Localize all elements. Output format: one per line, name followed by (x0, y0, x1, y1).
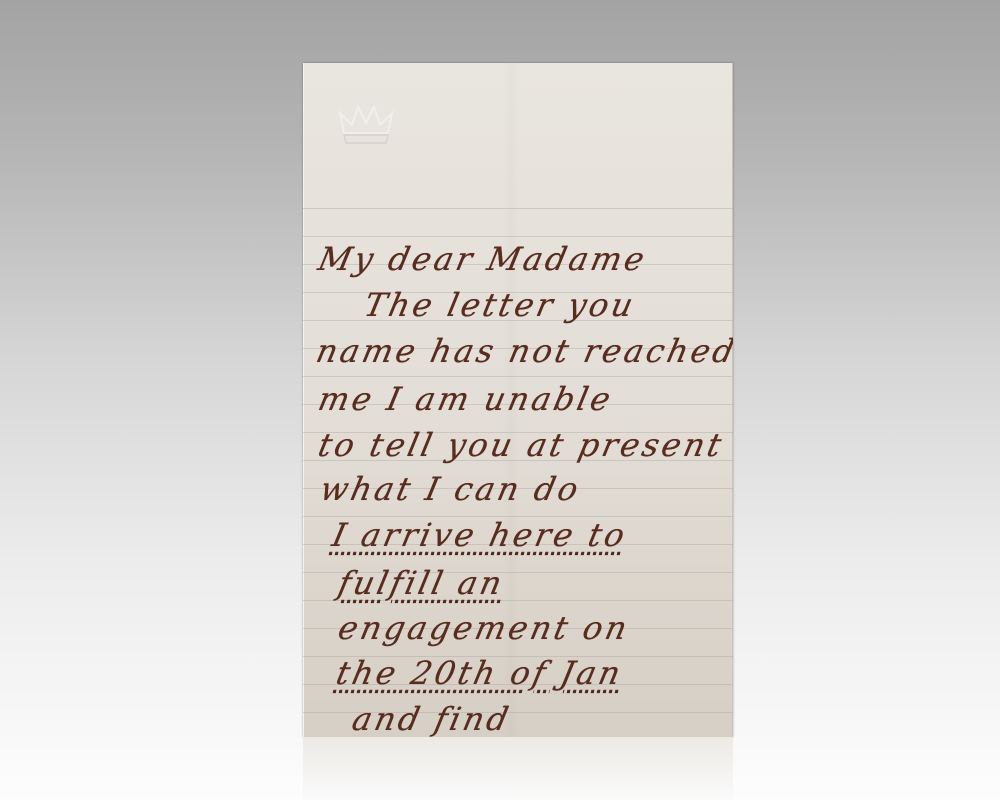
letter-line-salutation: My dear Madame (315, 239, 651, 279)
letter-reflection: the 20th of Jan and find (303, 737, 733, 800)
letter-line: I arrive here to (329, 515, 631, 555)
letter-line: engagement on (335, 608, 634, 648)
letter-line: what I can do (317, 469, 585, 509)
letter-sheet: My dear Madame The letter you name has n… (303, 63, 733, 737)
letter-line: fulfill an (335, 563, 509, 603)
letter-line: me I am unable (315, 379, 617, 419)
letter-line: to tell you at present (315, 425, 728, 465)
letter-line: name has not reached (313, 331, 733, 371)
letter-line: The letter you (361, 285, 640, 325)
letter-line: the 20th of Jan (333, 653, 627, 693)
letter-body: My dear Madame The letter you name has n… (303, 63, 733, 737)
letter-line: and find (349, 699, 515, 737)
